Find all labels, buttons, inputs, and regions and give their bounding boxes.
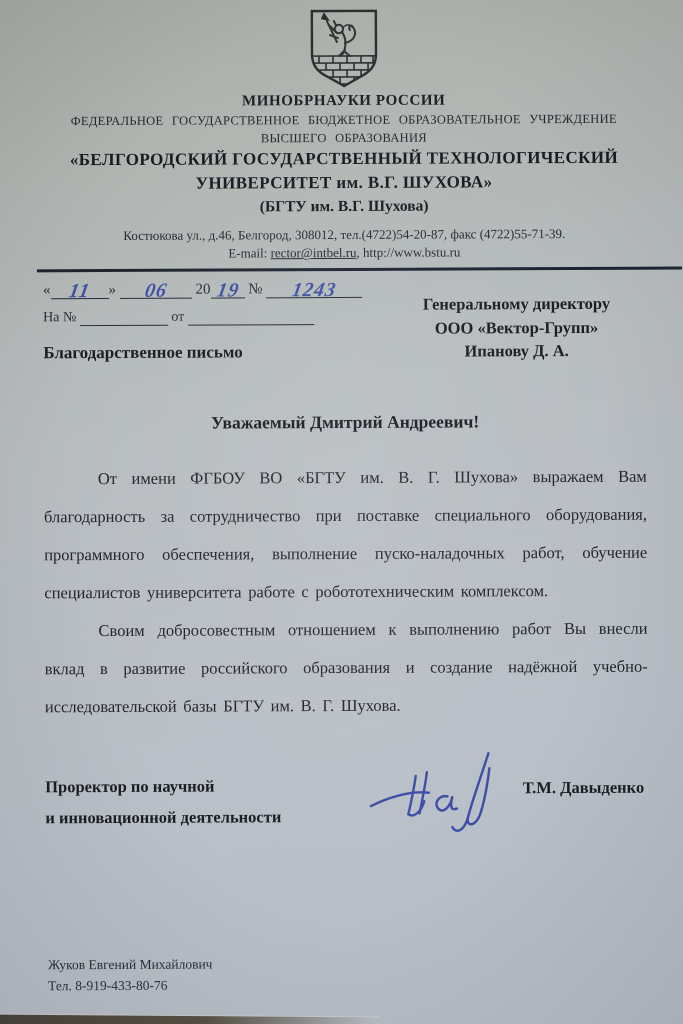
- lion-with-torch-icon: [320, 12, 354, 56]
- letter-subject: Благодарственное письмо: [43, 342, 387, 363]
- handwritten-month: 06: [143, 280, 169, 303]
- org-contacts: E-mail: rector@intbel.ru, http://www.bst…: [43, 244, 646, 263]
- quote-open: «: [43, 282, 51, 298]
- date-year-field: 19: [210, 277, 244, 299]
- reply-reference-line: На № от: [43, 309, 387, 326]
- ministry-name: МИНОБРНАУКИ РОССИИ: [42, 92, 645, 112]
- letterhead-divider-rule: [37, 267, 682, 273]
- reference-block: «11» 06 2019 № 1243 На № от Благодарстве…: [43, 276, 387, 365]
- greeting-line: Уважаемый Дмитрий Андреевич!: [44, 411, 647, 435]
- email-address: rector@intbel.ru: [271, 245, 357, 260]
- letter-page: МИНОБРНАУКИ РОССИИ ФЕДЕРАЛЬНОЕ ГОСУДАРСТ…: [0, 0, 683, 1024]
- reply-date-field: [188, 309, 314, 326]
- handwritten-day: 11: [67, 280, 92, 303]
- body-paragraph-1: От имени ФГБОУ ВО «БГТУ им. В. Г. Шухова…: [44, 458, 648, 612]
- signature-block: Проректор по научной и инновационной дея…: [45, 770, 648, 883]
- recipient-block: Генеральному директору ООО «Вектор-Групп…: [387, 275, 647, 363]
- signer-position-line2: и инновационной деятельности: [45, 800, 648, 833]
- photo-desk-edge: [0, 1015, 381, 1024]
- signer-name: Т.М. Давыденко: [523, 778, 645, 799]
- org-name-line2: УНИВЕРСИТЕТ им. В.Г. ШУХОВА»: [43, 171, 646, 196]
- scanned-letter-photo: МИНОБРНАУКИ РОССИИ ФЕДЕРАЛЬНОЕ ГОСУДАРСТ…: [0, 0, 683, 1024]
- date-day-field: 11: [50, 277, 108, 299]
- executor-block: Жуков Евгений Михайлович Тел. 8-919-433-…: [48, 955, 213, 998]
- quote-close: »: [108, 282, 116, 298]
- handwritten-number: 1243: [290, 279, 338, 302]
- email-label: E-mail:: [228, 245, 270, 260]
- letterhead: МИНОБРНАУКИ РОССИИ ФЕДЕРАЛЬНОЕ ГОСУДАРСТ…: [42, 7, 646, 263]
- reply-number-label: На №: [43, 310, 76, 325]
- recipient-name: Ипанову Д. А.: [387, 339, 646, 364]
- org-name-line1: «БЕЛГОРОДСКИЙ ГОСУДАРСТВЕННЫЙ ТЕХНОЛОГИЧ…: [42, 147, 645, 172]
- recipient-position: Генеральному директору: [387, 292, 646, 317]
- website-url: http://www.bstu.ru: [363, 245, 460, 260]
- number-sign: №: [248, 282, 262, 298]
- date-month-field: 06: [120, 277, 192, 299]
- reply-date-label: от: [171, 310, 184, 325]
- signature-icon: [367, 746, 507, 843]
- executor-phone: Тел. 8-919-433-80-76: [48, 976, 213, 998]
- date-number-line: «11» 06 2019 № 1243: [43, 276, 387, 299]
- org-short-name: (БГТУ им. В.Г. Шухова): [43, 197, 646, 218]
- reference-recipient-row: «11» 06 2019 № 1243 На № от Благодарстве…: [43, 275, 646, 365]
- handwritten-year: 19: [215, 280, 241, 303]
- org-type-line2: ВЫСШЕГО ОБРАЗОВАНИЯ: [42, 130, 645, 148]
- university-emblem-icon: [304, 8, 382, 90]
- org-type-line1: ФЕДЕРАЛЬНОЕ ГОСУДАРСТВЕННОЕ БЮДЖЕТНОЕ ОБ…: [42, 112, 645, 130]
- reply-number-field: [80, 310, 168, 326]
- year-prefix: 20: [195, 282, 210, 298]
- org-address: Костюкова ул., д.46, Белгород, 308012, т…: [43, 226, 646, 245]
- body-paragraph-2: Своим добросовестным отношением к выполн…: [44, 610, 647, 726]
- recipient-company: ООО «Вектор-Групп»: [387, 315, 646, 340]
- executor-name: Жуков Евгений Михайлович: [48, 955, 213, 977]
- outgoing-number-field: 1243: [266, 276, 362, 298]
